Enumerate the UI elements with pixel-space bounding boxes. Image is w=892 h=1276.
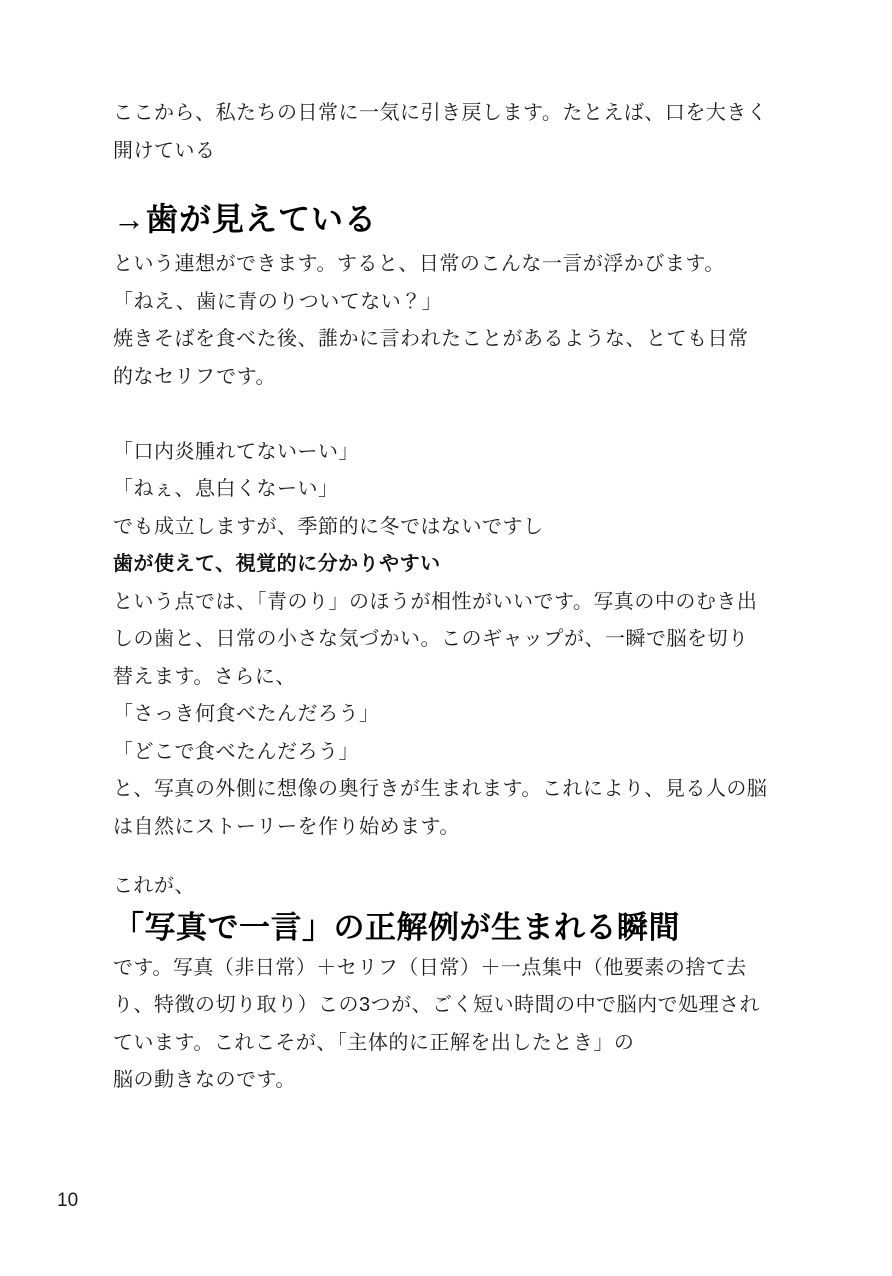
paragraph-seiritsu: でも成立しますが、季節的に冬ではないですし <box>113 509 768 547</box>
paragraph-association: という連想ができます。すると、日常のこんな一言が浮かびます。 <box>113 246 768 284</box>
paragraph-aishou: という点では、「青のり」のほうが相性がいいです。写真の中のむき出しの歯と、日常の… <box>113 584 768 697</box>
page-body-text: ここから、私たちの日常に一気に引き戻します。たとえば、口を大きく開けている →歯… <box>113 95 768 1100</box>
quote-sakki: 「さっき何食べたんだろう」 <box>113 696 768 734</box>
blank-line <box>113 846 768 868</box>
document-page: ここから、私たちの日常に一気に引き戻します。たとえば、口を大きく開けている →歯… <box>0 0 892 1276</box>
quote-kounaien: 「口内炎腫れてないーい」 <box>113 434 768 472</box>
paragraph-korega: これが、 <box>113 868 768 906</box>
paragraph-yakisoba: 焼きそばを食べた後、誰かに言われたことがあるような、とても日常的なセリフです。 <box>113 321 768 396</box>
quote-dokode: 「どこで食べたんだろう」 <box>113 734 768 772</box>
page-number: 10 <box>57 1189 78 1213</box>
paragraph-story: と、写真の外側に想像の奥行きが生まれます。これにより、見る人の脳は自然にストーリ… <box>113 771 768 846</box>
quote-aonori: 「ねえ、歯に青のりついてない？」 <box>113 284 768 322</box>
quote-ikishiro: 「ねぇ、息白くなーい」 <box>113 471 768 509</box>
paragraph-final-tail: 脳の動きなのです。 <box>113 1062 768 1100</box>
paragraph-final-main: です。写真（非日常）＋セリフ（日常）＋一点集中（他要素の捨て去り、特徴の切り取り… <box>113 950 768 1063</box>
heading-photo-hitokoto: 「写真で一言」の正解例が生まれる瞬間 <box>113 906 768 950</box>
bold-ha-tsukaete: 歯が使えて、視覚的に分かりやすい <box>113 546 768 584</box>
heading-teeth-visible: →歯が見えている <box>113 196 768 242</box>
paragraph-intro: ここから、私たちの日常に一気に引き戻します。たとえば、口を大きく開けている <box>113 95 768 170</box>
blank-line <box>113 396 768 434</box>
